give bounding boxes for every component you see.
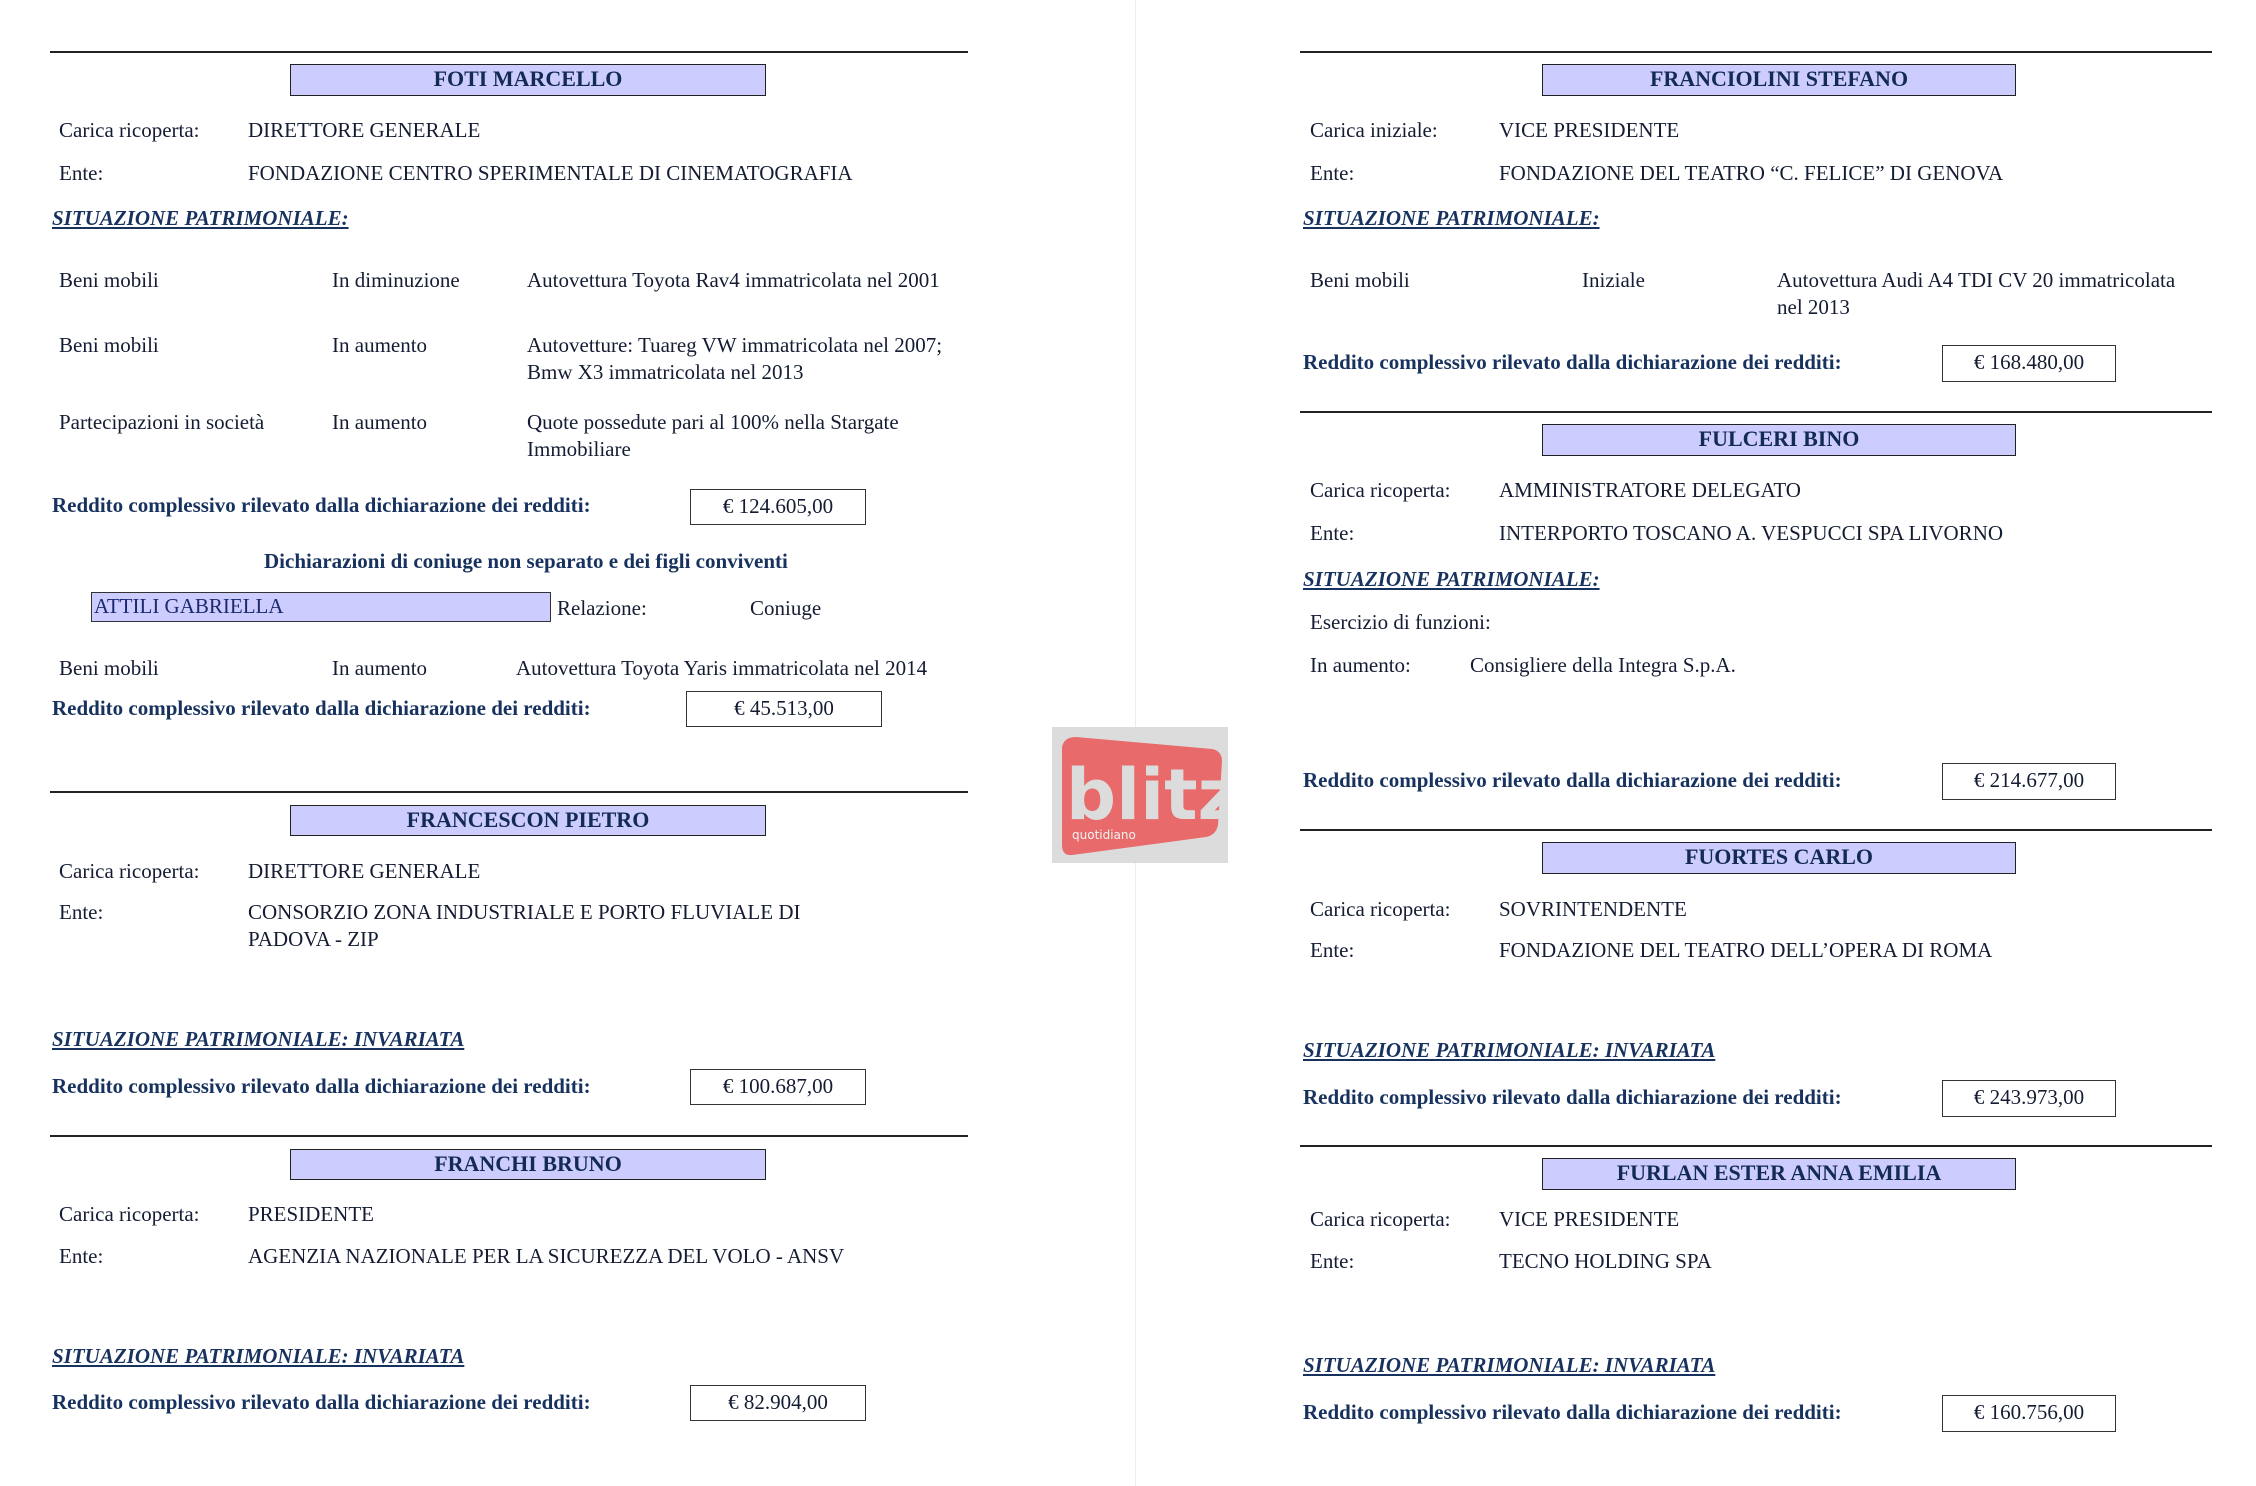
ente-value: TECNO HOLDING SPA <box>1499 1249 1712 1274</box>
carica-value: AMMINISTRATORE DELEGATO <box>1499 478 1801 503</box>
reddito-label: Reddito complessivo rilevato dalla dichi… <box>1303 1400 1842 1425</box>
asset-type: Beni mobili <box>59 656 159 681</box>
carica-label: Carica ricoperta: <box>1310 478 1451 503</box>
carica-label: Carica iniziale: <box>1310 118 1438 143</box>
situazione-heading: SITUAZIONE PATRIMONIALE: <box>1303 206 1600 231</box>
ente-value: INTERPORTO TOSCANO A. VESPUCCI SPA LIVOR… <box>1499 521 2003 546</box>
person-name-header: FRANCHI BRUNO <box>290 1149 766 1180</box>
carica-label: Carica ricoperta: <box>59 1202 200 1227</box>
asset-change: In diminuzione <box>332 268 460 293</box>
reddito-amount: € 124.605,00 <box>690 489 866 525</box>
aumento-label: In aumento: <box>1310 653 1411 678</box>
esercizio-label: Esercizio di funzioni: <box>1310 610 1491 635</box>
asset-type: Beni mobili <box>59 333 159 358</box>
person-name-header: FRANCIOLINI STEFANO <box>1542 64 2016 96</box>
ente-value: AGENZIA NAZIONALE PER LA SICUREZZA DEL V… <box>248 1244 844 1269</box>
carica-value: VICE PRESIDENTE <box>1499 1207 1679 1232</box>
asset-change: In aumento <box>332 410 427 435</box>
situazione-heading: SITUAZIONE PATRIMONIALE: INVARIATA <box>1303 1353 1715 1378</box>
blitz-logo-icon: blitz quotidiano <box>1052 727 1228 863</box>
reddito-label: Reddito complessivo rilevato dalla dichi… <box>52 1390 591 1415</box>
reddito-label: Reddito complessivo rilevato dalla dichi… <box>52 493 591 518</box>
ente-label: Ente: <box>59 900 103 925</box>
ente-label: Ente: <box>1310 161 1354 186</box>
asset-desc: Autovettura Toyota Rav4 immatricolata ne… <box>527 268 940 293</box>
ente-label: Ente: <box>1310 1249 1354 1274</box>
person-name-header: FULCERI BINO <box>1542 424 2016 456</box>
ente-value: FONDAZIONE DEL TEATRO DELL’OPERA DI ROMA <box>1499 938 1992 963</box>
situazione-heading: SITUAZIONE PATRIMONIALE: INVARIATA <box>52 1027 464 1052</box>
spouse-name: ATTILI GABRIELLA <box>91 592 551 622</box>
reddito-amount: € 168.480,00 <box>1942 345 2116 382</box>
asset-desc: Quote possedute pari al 100% nella Starg… <box>527 410 899 435</box>
asset-desc-cont: Immobiliare <box>527 437 631 462</box>
asset-desc: Autovetture: Tuareg VW immatricolata nel… <box>527 333 942 358</box>
reddito-label: Reddito complessivo rilevato dalla dichi… <box>52 1074 591 1099</box>
aumento-value: Consigliere della Integra S.p.A. <box>1470 653 1736 678</box>
family-heading: Dichiarazioni di coniuge non separato e … <box>264 549 788 574</box>
svg-text:blitz: blitz <box>1066 754 1228 836</box>
blitz-quotidiano-logo: blitz quotidiano <box>1052 727 1228 863</box>
asset-type: Partecipazioni in società <box>59 410 264 435</box>
ente-label: Ente: <box>59 161 103 186</box>
relazione-value: Coniuge <box>750 596 821 621</box>
asset-type: Beni mobili <box>59 268 159 293</box>
asset-change: Iniziale <box>1582 268 1645 293</box>
carica-label: Carica ricoperta: <box>59 859 200 884</box>
carica-label: Carica ricoperta: <box>1310 897 1451 922</box>
section-rule <box>1300 51 2212 53</box>
asset-desc: Autovettura Audi A4 TDI CV 20 immatricol… <box>1777 268 2175 293</box>
reddito-amount: € 214.677,00 <box>1942 763 2116 800</box>
person-name-header: FURLAN ESTER ANNA EMILIA <box>1542 1158 2016 1190</box>
carica-label: Carica ricoperta: <box>59 118 200 143</box>
person-name-header: FOTI MARCELLO <box>290 64 766 96</box>
asset-type: Beni mobili <box>1310 268 1410 293</box>
reddito-label: Reddito complessivo rilevato dalla dichi… <box>52 696 591 721</box>
situazione-heading: SITUAZIONE PATRIMONIALE: INVARIATA <box>1303 1038 1715 1063</box>
reddito-amount: € 243.973,00 <box>1942 1080 2116 1117</box>
reddito-label: Reddito complessivo rilevato dalla dichi… <box>1303 1085 1842 1110</box>
ente-value: FONDAZIONE DEL TEATRO “C. FELICE” DI GEN… <box>1499 161 2003 186</box>
carica-value: SOVRINTENDENTE <box>1499 897 1687 922</box>
asset-change: In aumento <box>332 333 427 358</box>
ente-value: FONDAZIONE CENTRO SPERIMENTALE DI CINEMA… <box>248 161 853 186</box>
reddito-label: Reddito complessivo rilevato dalla dichi… <box>1303 768 1842 793</box>
reddito-amount: € 82.904,00 <box>690 1385 866 1421</box>
ente-label: Ente: <box>59 1244 103 1269</box>
section-rule <box>1300 829 2212 831</box>
section-rule <box>50 791 968 793</box>
situazione-heading: SITUAZIONE PATRIMONIALE: <box>52 206 349 231</box>
relazione-label: Relazione: <box>557 596 647 621</box>
ente-value: CONSORZIO ZONA INDUSTRIALE E PORTO FLUVI… <box>248 900 801 925</box>
asset-change: In aumento <box>332 656 427 681</box>
carica-value: PRESIDENTE <box>248 1202 374 1227</box>
section-rule <box>50 51 968 53</box>
reddito-amount: € 45.513,00 <box>686 691 882 727</box>
carica-value: VICE PRESIDENTE <box>1499 118 1679 143</box>
ente-label: Ente: <box>1310 521 1354 546</box>
section-rule <box>50 1135 968 1137</box>
reddito-amount: € 160.756,00 <box>1942 1395 2116 1432</box>
reddito-amount: € 100.687,00 <box>690 1069 866 1105</box>
ente-value-cont: PADOVA - ZIP <box>248 927 379 952</box>
section-rule <box>1300 1145 2212 1147</box>
person-name-header: FRANCESCON PIETRO <box>290 805 766 836</box>
situazione-heading: SITUAZIONE PATRIMONIALE: INVARIATA <box>52 1344 464 1369</box>
ente-label: Ente: <box>1310 938 1354 963</box>
carica-label: Carica ricoperta: <box>1310 1207 1451 1232</box>
section-rule <box>1300 411 2212 413</box>
asset-desc-cont: nel 2013 <box>1777 295 1850 320</box>
asset-desc: Autovettura Toyota Yaris immatricolata n… <box>516 656 927 681</box>
carica-value: DIRETTORE GENERALE <box>248 859 480 884</box>
situazione-heading: SITUAZIONE PATRIMONIALE: <box>1303 567 1600 592</box>
reddito-label: Reddito complessivo rilevato dalla dichi… <box>1303 350 1842 375</box>
carica-value: DIRETTORE GENERALE <box>248 118 480 143</box>
svg-text:quotidiano: quotidiano <box>1072 828 1136 842</box>
asset-desc-cont: Bmw X3 immatricolata nel 2013 <box>527 360 803 385</box>
person-name-header: FUORTES CARLO <box>1542 842 2016 874</box>
